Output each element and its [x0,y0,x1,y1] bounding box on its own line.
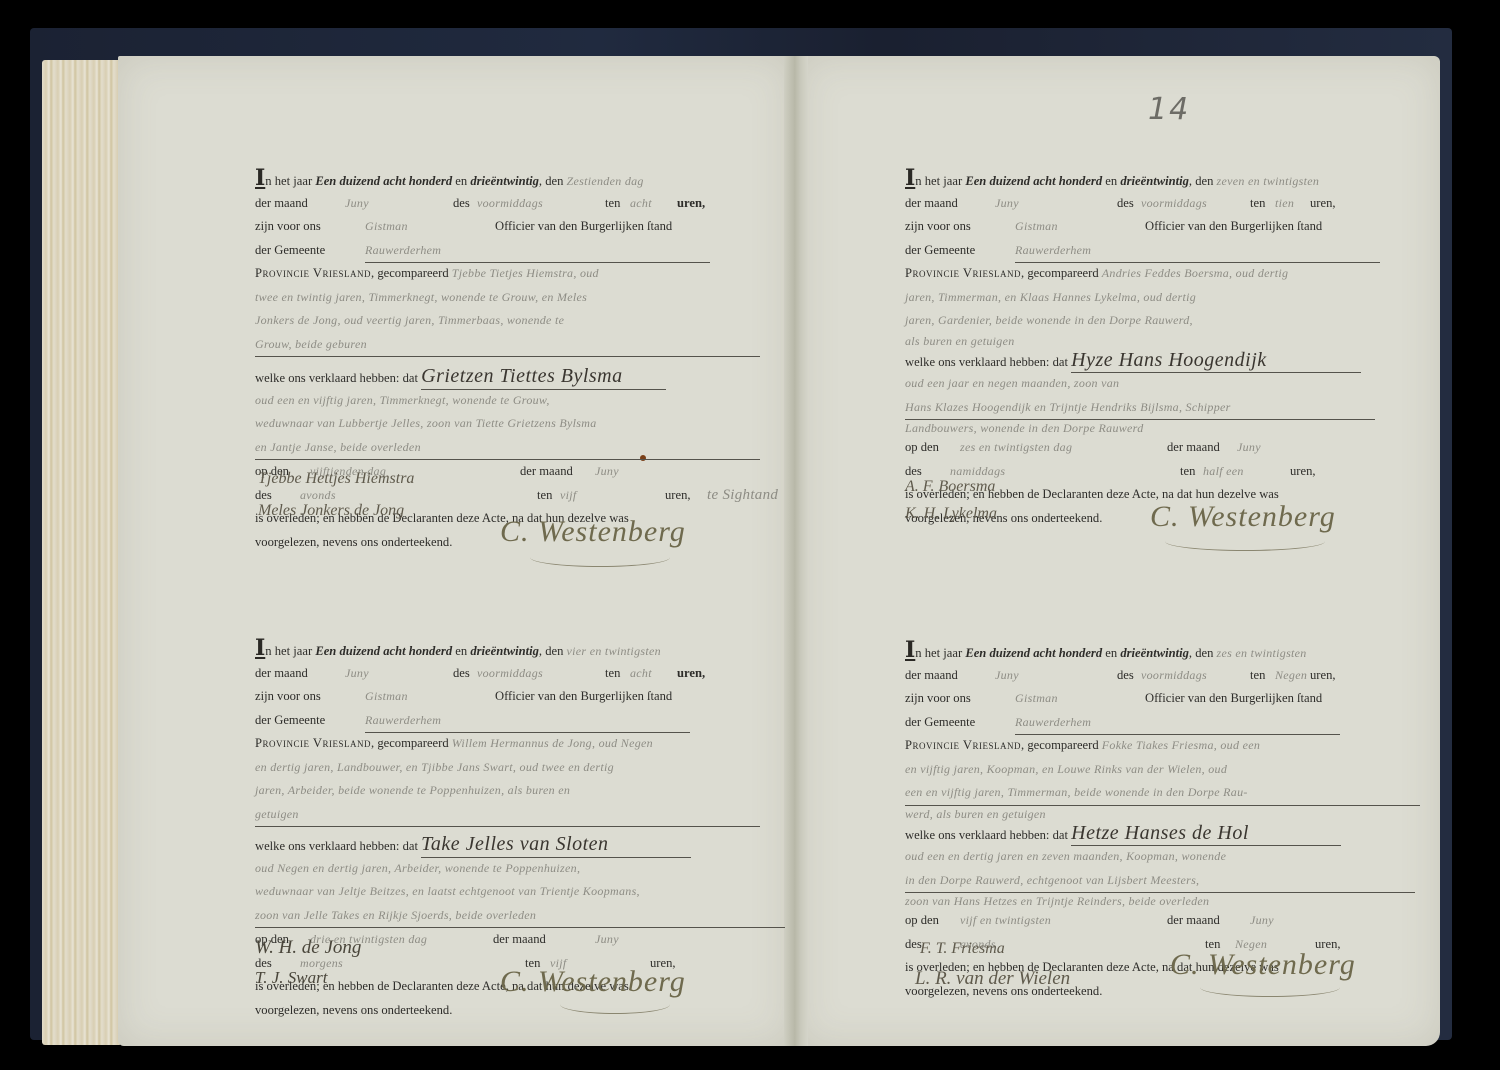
drop-cap: I [255,165,265,191]
record-month: Juny [345,662,369,686]
form-label: uren, [677,662,705,686]
record-officer: Gistman [1015,215,1058,239]
record-municipality: Rauwerderhem [365,239,710,264]
form-label: uren, [665,484,691,508]
deceased-detail: zoon van Hans Hetzes en Trijntje Reinder… [905,893,1445,909]
form-label: en [1105,646,1117,660]
witness-signature: F. T. Friesma [920,940,1005,958]
form-label: n het jaar [265,174,312,188]
form-label: drieëntwintig [1120,174,1189,188]
form-label: der maand [255,666,308,680]
record-month: Juny [995,192,1019,216]
form-label: der maand [1167,909,1220,933]
record-day: zes en twintigsten [1217,646,1307,660]
comparant-line: een en vijftig jaren, Timmerman, beide w… [905,781,1420,806]
record-day: vier en twintigsten [567,644,661,658]
comparant-line: twee en twintig jaren, Timmerknegt, wone… [255,286,795,310]
drop-cap: I [255,635,265,661]
record-municipality: Rauwerderhem [1015,711,1340,736]
comparant-line: Fokke Tiakes Friesma, oud een [1102,738,1260,752]
witness-signature: T. J. Swart [255,968,327,988]
death-hour: half een [1203,460,1244,484]
form-label: der Gemeente [905,715,975,729]
form-label: op den [905,440,939,454]
comparant-line: jaren, Timmerman, en Klaas Hannes Lykelm… [905,286,1445,310]
form-label: der Gemeente [255,243,325,257]
death-hour: vijf [560,484,577,508]
record-officer: Gistman [365,215,408,239]
comparant-line: Tjebbe Tietjes Hiemstra, oud [452,266,599,280]
deceased-name: Hyze Hans Hoogendijk [1071,349,1361,374]
form-label: welke ons verklaard hebben: dat [255,371,418,385]
witness-signature: K. H. Lykelma [905,505,997,523]
form-label: des [1117,664,1134,688]
form-label: der maand [1167,436,1220,460]
form-label: ten [1250,192,1265,216]
form-label: uren, [1290,460,1316,484]
deceased-detail: weduwnaar van Lubbertje Jelles, zoon van… [255,412,795,436]
form-label: ten [1180,460,1195,484]
death-day: zes en twintigsten dag [960,436,1072,460]
form-label: op den [905,913,939,927]
form-label: n het jaar [915,174,962,188]
record-hour: acht [630,192,652,216]
form-label: ten [605,192,620,216]
officer-signature: C. Westenberg [1150,500,1336,534]
form-label: der Gemeente [255,713,325,727]
death-month: Juny [595,928,619,952]
form-label: Officier van den Burgerlijken ſtand [1145,215,1322,239]
form-label: n het jaar [265,644,312,658]
form-label: welke ons verklaard hebben: dat [905,828,1068,842]
form-label: uren, [1310,192,1336,216]
comparant-line: getuigen [255,803,760,828]
form-label: , gecompareerd [371,736,449,750]
drop-cap: I [905,637,915,663]
record-daypart: voormiddags [477,192,543,216]
death-day: vijf en twintigsten [960,909,1051,933]
signature-flourish [530,548,670,567]
form-label: , den [1189,646,1213,660]
form-label: Provincie Vriesland [905,266,1021,280]
record-municipality: Rauwerderhem [1015,239,1380,264]
record-right-top: In het jaar Een duizend acht honderd en … [905,168,1445,530]
deceased-detail: Landbouwers, wonende in den Dorpe Rauwer… [905,420,1445,436]
form-label: , gecompareerd [371,266,449,280]
form-label: drieëntwintig [470,174,539,188]
comparant-line: werd, als buren en getuigen [905,806,1445,822]
comparant-line: en dertig jaren, Landbouwer, en Tjibbe J… [255,756,795,780]
page-number: 14 [1148,92,1190,127]
officer-signature: C. Westenberg [500,965,686,999]
deceased-detail: in den Dorpe Rauwerd, echtgenoot van Lij… [905,869,1415,894]
form-label: en [455,644,467,658]
form-label: des [453,662,470,686]
record-day: zeven en twintigsten [1217,174,1320,188]
form-label: der maand [520,460,573,484]
death-place: te Sightand [707,484,778,508]
deceased-name: Take Jelles van Sloten [421,833,691,858]
form-label: , den [539,644,563,658]
comparant-line: als buren en getuigen [905,333,1445,349]
form-label: zijn voor ons [905,219,971,233]
page-edges [42,60,122,1045]
form-label: en [1105,174,1117,188]
deceased-detail: weduwnaar van Jeltje Beitzes, en laatst … [255,880,795,904]
record-day: Zestienden dag [567,174,644,188]
deceased-detail: oud een jaar en negen maanden, zoon van [905,372,1445,396]
deceased-detail: en Jantje Janse, beide overleden [255,436,760,461]
deceased-detail: oud een en vijftig jaren, Timmerknegt, w… [255,389,795,413]
form-label: Provincie Vriesland [905,738,1021,752]
death-month: Juny [595,460,619,484]
signature-flourish [1165,532,1325,551]
form-label: der maand [905,668,958,682]
form-label: Officier van den Burgerlijken ſtand [1145,687,1322,711]
form-label: des [255,488,272,502]
form-label: Officier van den Burgerlijken ſtand [495,685,672,709]
record-hour: Negen [1275,664,1307,688]
officer-signature: C. Westenberg [1170,948,1356,982]
deceased-name: Grietzen Tiettes Bylsma [421,365,666,390]
form-label: Provincie Vriesland [255,266,371,280]
deceased-name: Hetze Hanses de Hol [1071,822,1341,847]
form-label: Een duizend acht honderd [315,174,452,188]
form-label: uren, [1310,664,1336,688]
form-label: der maand [493,928,546,952]
comparant-line: en vijftig jaren, Koopman, en Louwe Rink… [905,758,1445,782]
death-month: Juny [1250,909,1274,933]
form-label: Provincie Vriesland [255,736,371,750]
record-left-top: In het jaar Een duizend acht honderd en … [255,168,795,554]
record-month: Juny [995,664,1019,688]
form-label: Een duizend acht honderd [965,174,1102,188]
form-label: des [453,192,470,216]
deceased-detail: Hans Klazes Hoogendijk en Trijntje Hendr… [905,396,1375,421]
record-hour: acht [630,662,652,686]
form-label: ten [537,484,552,508]
form-label: voorgelezen, nevens ons onderteekend. [255,999,795,1023]
form-label: Een duizend acht honderd [965,646,1102,660]
record-municipality: Rauwerderhem [365,709,690,734]
record-officer: Gistman [1015,687,1058,711]
form-label: , gecompareerd [1021,738,1099,752]
form-label: der maand [905,196,958,210]
form-label: n het jaar [915,646,962,660]
comparant-line: Andries Feddes Boersma, oud dertig [1102,266,1289,280]
form-label: drieëntwintig [1120,646,1189,660]
form-label: Officier van den Burgerlijken ſtand [495,215,672,239]
form-label: uren, [677,192,705,216]
record-month: Juny [345,192,369,216]
form-label: , den [1189,174,1213,188]
form-label: zijn voor ons [905,691,971,705]
drop-cap: I [905,165,915,191]
comparant-line: Grouw, beide geburen [255,333,760,358]
signature-flourish [560,995,670,1014]
witness-signature: Tjebbe Hettjes Hiemstra [258,470,414,488]
form-label: des [905,464,922,478]
deceased-detail: oud een en dertig jaren en zeven maanden… [905,845,1445,869]
form-label: zijn voor ons [255,689,321,703]
form-label: , den [539,174,563,188]
form-label: ten [605,662,620,686]
comparant-line: jaren, Gardenier, beide wonende in den D… [905,309,1445,333]
signature-flourish [1200,978,1340,997]
comparant-line: Willem Hermannus de Jong, oud Negen [452,736,653,750]
witness-signature: A. F. Boersma [905,478,995,496]
form-label: en [455,174,467,188]
form-label: der Gemeente [905,243,975,257]
death-month: Juny [1237,436,1261,460]
form-label: ten [1250,664,1265,688]
form-label: der maand [255,196,308,210]
form-label: zijn voor ons [255,219,321,233]
comparant-line: Jonkers de Jong, oud veertig jaren, Timm… [255,309,795,333]
witness-signature: Meles Jonkers de Jong [258,502,404,520]
form-label: , gecompareerd [1021,266,1099,280]
comparant-line: jaren, Arbeider, beide wonende te Poppen… [255,779,795,803]
form-label: drieëntwintig [470,644,539,658]
form-label: welke ons verklaard hebben: dat [255,839,418,853]
record-officer: Gistman [365,685,408,709]
witness-signature: W. H. de Jong [255,937,361,959]
record-hour: tien [1275,192,1294,216]
form-label: welke ons verklaard hebben: dat [905,355,1068,369]
record-daypart: voormiddags [477,662,543,686]
record-daypart: voormiddags [1141,664,1207,688]
witness-signature: L. R. van der Wielen [915,968,1070,990]
officer-signature: C. Westenberg [500,515,686,549]
deceased-detail: zoon van Jelle Takes en Rijkje Sjoerds, … [255,904,785,929]
record-daypart: voormiddags [1141,192,1207,216]
form-label: Een duizend acht honderd [315,644,452,658]
form-label: des [1117,192,1134,216]
deceased-detail: oud Negen en dertig jaren, Arbeider, won… [255,857,795,881]
